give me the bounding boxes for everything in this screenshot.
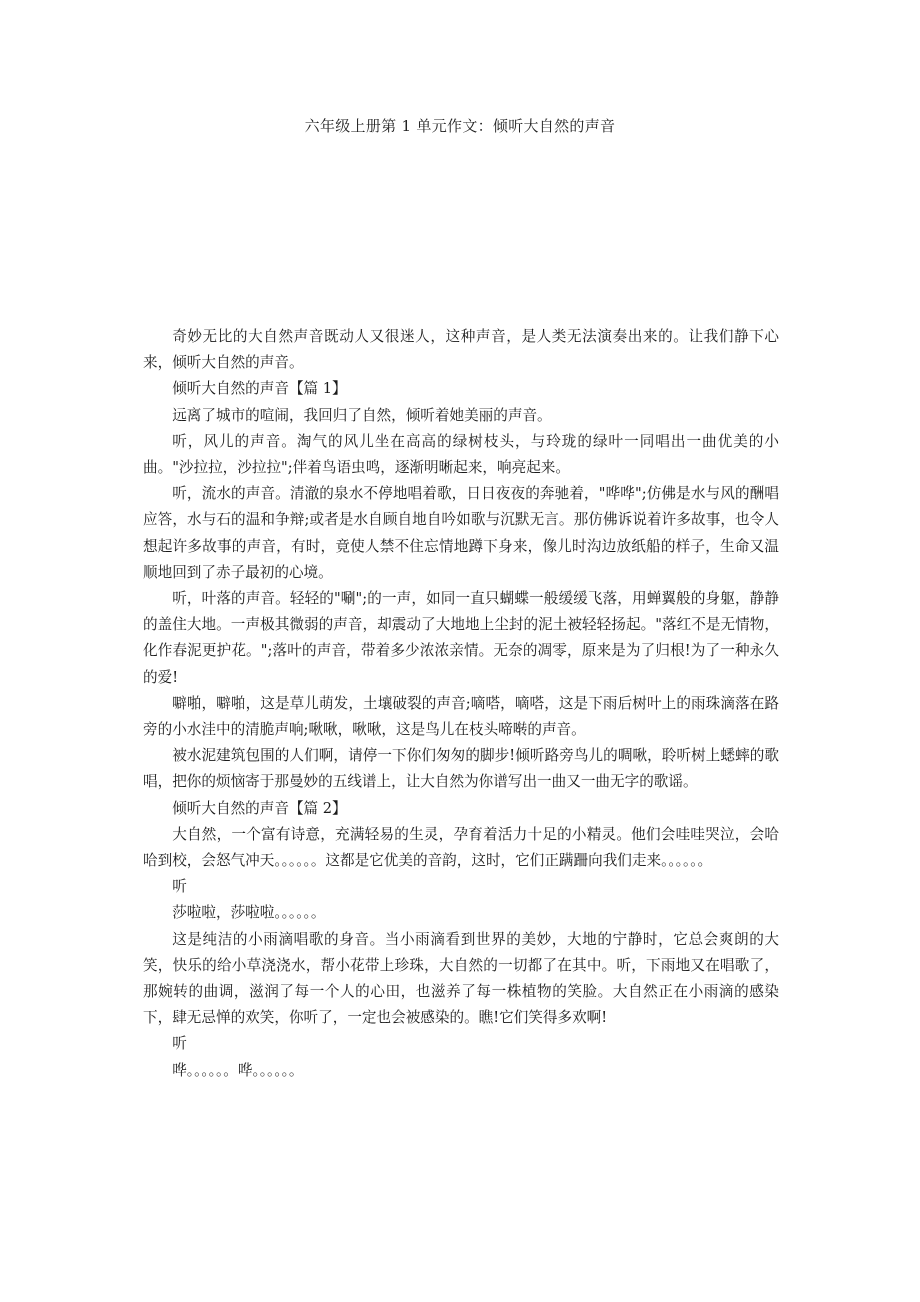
- section-heading-1: 倾听大自然的声音【篇 1】: [143, 376, 779, 402]
- paragraph: 听: [143, 1031, 779, 1057]
- section-heading-2: 倾听大自然的声音【篇 2】: [143, 796, 779, 822]
- document-body: 奇妙无比的大自然声音既动人又很迷人，这种声音，是人类无法演奏出来的。让我们静下心…: [143, 324, 779, 1084]
- paragraph: 远离了城市的喧闹，我回归了自然，倾听着她美丽的声音。: [143, 403, 779, 429]
- paragraph: 听，流水的声音。清澈的泉水不停地唱着歌，日日夜夜的奔驰着，"哗哗";仿佛是水与风…: [143, 481, 779, 586]
- document-page: 六年级上册第 1 单元作文：倾听大自然的声音 奇妙无比的大自然声音既动人又很迷人…: [0, 0, 920, 1302]
- paragraph: 听，风儿的声音。淘气的风儿坐在高高的绿树枝头，与玲珑的绿叶一同唱出一曲优美的小曲…: [143, 429, 779, 481]
- document-title: 六年级上册第 1 单元作文：倾听大自然的声音: [0, 116, 920, 136]
- paragraph: 莎啦啦，莎啦啦。。。。。。: [143, 900, 779, 926]
- paragraph: 噼啪，噼啪，这是草儿萌发，土壤破裂的声音;嘀嗒，嘀嗒，这是下雨后树叶上的雨珠滴落…: [143, 691, 779, 743]
- paragraph: 听，叶落的声音。轻轻的"唰";的一声，如同一直只蝴蝶一般缓缓飞落，用蝉翼般的身躯…: [143, 586, 779, 691]
- paragraph: 这是纯洁的小雨滴唱歌的身音。当小雨滴看到世界的美妙，大地的宁静时，它总会爽朗的大…: [143, 927, 779, 1032]
- paragraph: 被水泥建筑包围的人们啊，请停一下你们匆匆的脚步!倾听路旁鸟儿的啁啾，聆听树上蟋蟀…: [143, 743, 779, 795]
- paragraph: 哗。。。。。。哗。。。。。。: [143, 1058, 779, 1084]
- paragraph: 大自然，一个富有诗意，充满轻易的生灵，孕育着活力十足的小精灵。他们会哇哇哭泣，会…: [143, 822, 779, 874]
- paragraph: 听: [143, 874, 779, 900]
- intro-paragraph: 奇妙无比的大自然声音既动人又很迷人，这种声音，是人类无法演奏出来的。让我们静下心…: [143, 324, 779, 376]
